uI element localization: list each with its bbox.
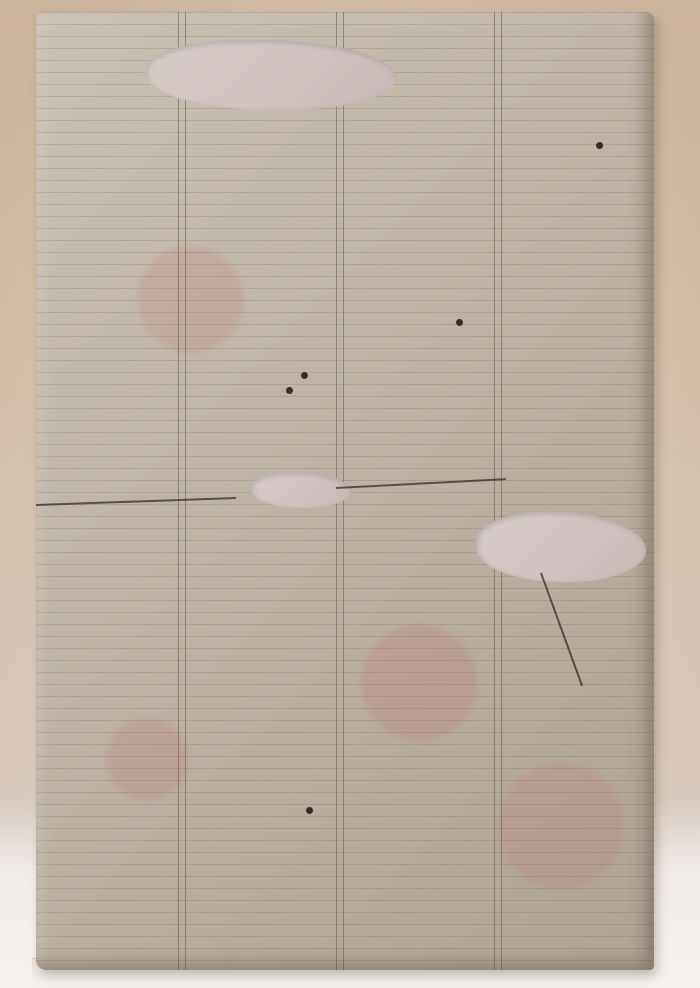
hole bbox=[456, 319, 463, 326]
hole bbox=[306, 807, 313, 814]
hole bbox=[596, 142, 603, 149]
column-divider-3 bbox=[494, 12, 502, 970]
column-divider-1 bbox=[178, 12, 186, 970]
missing-chip-top bbox=[146, 40, 396, 110]
fracture-diagonal bbox=[540, 573, 583, 686]
missing-chip-center bbox=[251, 472, 351, 508]
damaged-area-right bbox=[476, 512, 646, 582]
fracture-right bbox=[336, 478, 506, 489]
fracture-left bbox=[36, 497, 236, 506]
hole bbox=[286, 387, 293, 394]
cuneiform-tablet: Cuneiform clay tablet bbox=[36, 12, 654, 970]
hole bbox=[301, 372, 308, 379]
